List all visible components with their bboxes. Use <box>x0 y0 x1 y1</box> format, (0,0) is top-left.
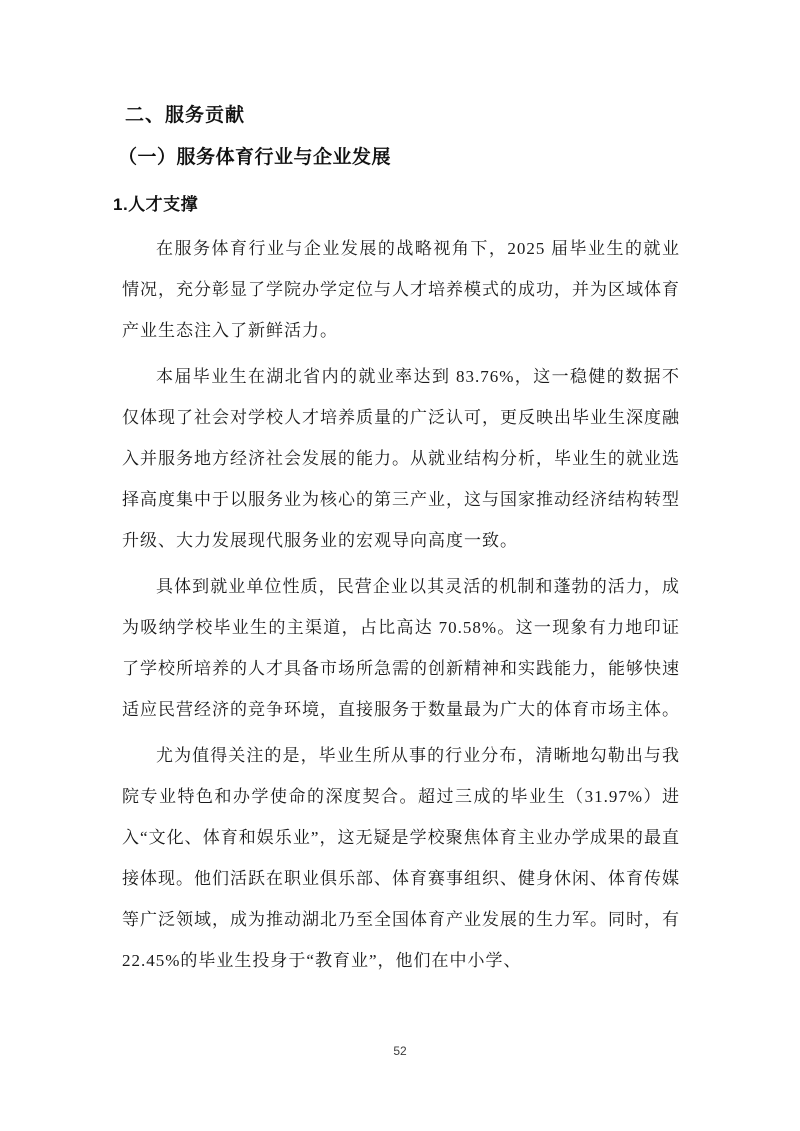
paragraph-industry-distribution: 尤为值得关注的是，毕业生所从事的行业分布，清晰地勾勒出与我院专业特色和办学使命的… <box>122 735 680 981</box>
page-number: 52 <box>0 1044 800 1058</box>
subsection-heading: （一）服务体育行业与企业发展 <box>118 146 680 170</box>
paragraph-intro: 在服务体育行业与企业发展的战略视角下，2025 届毕业生的就业情况，充分彰显了学… <box>122 228 680 351</box>
subsubsection-heading: 1.人才支撑 <box>113 194 680 216</box>
paragraph-employment-rate: 本届毕业生在湖北省内的就业率达到 83.76%，这一稳健的数据不仅体现了社会对学… <box>122 356 680 561</box>
body-text: 在服务体育行业与企业发展的战略视角下，2025 届毕业生的就业情况，充分彰显了学… <box>122 228 680 981</box>
section-heading: 二、服务贡献 <box>125 104 680 128</box>
document-page: 二、服务贡献 （一）服务体育行业与企业发展 1.人才支撑 在服务体育行业与企业发… <box>0 0 800 1131</box>
document-content: 二、服务贡献 （一）服务体育行业与企业发展 1.人才支撑 在服务体育行业与企业发… <box>122 0 680 986</box>
paragraph-employer-type: 具体到就业单位性质，民营企业以其灵活的机制和蓬勃的活力，成为吸纳学校毕业生的主渠… <box>122 566 680 730</box>
